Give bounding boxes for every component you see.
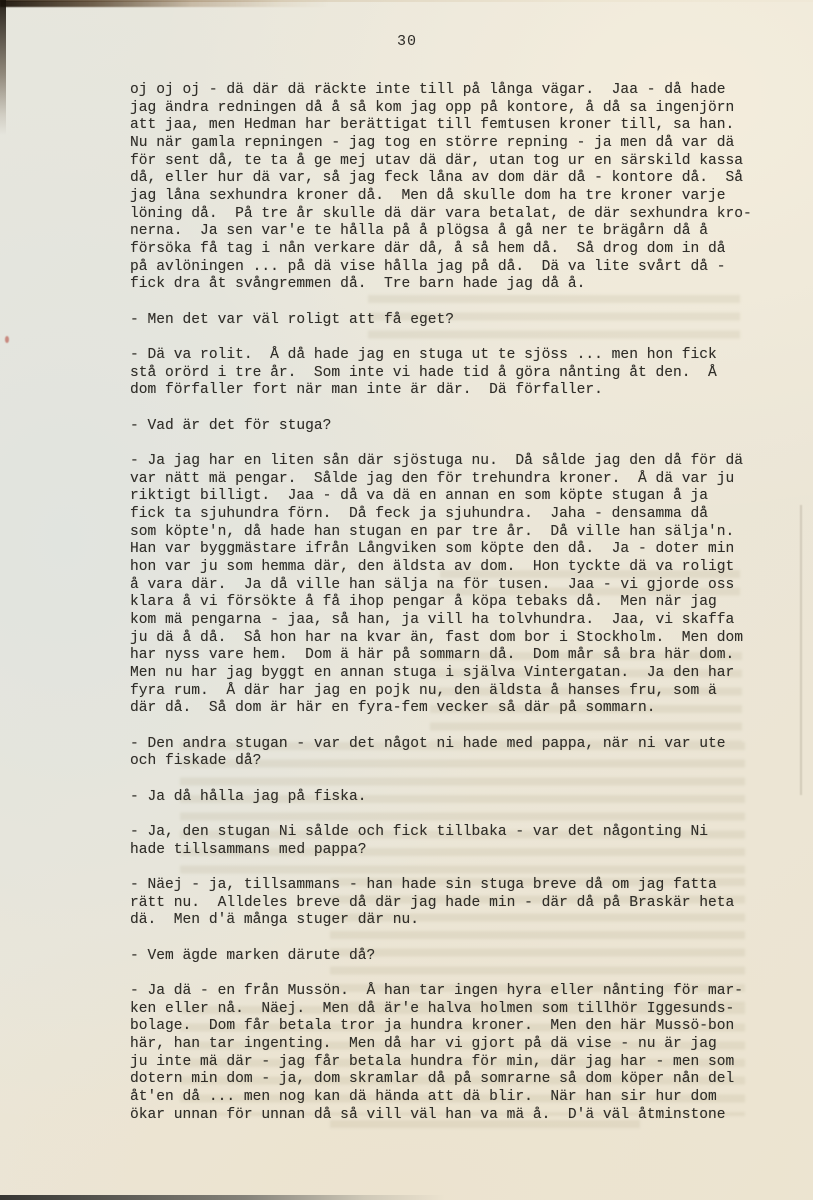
paper-crease (800, 505, 802, 795)
interviewee-answer: - Ja dä - en från Mussön. Å han tar inge… (130, 983, 762, 1124)
interviewee-answer: oj oj oj - dä där dä räckte inte till på… (130, 82, 762, 294)
interviewer-question: - Men det var väl roligt att få eget? (130, 312, 762, 330)
interviewee-answer: - Dä va rolit. Å då hade jag en stuga ut… (130, 347, 762, 400)
interview-transcript: oj oj oj - dä där dä räckte inte till på… (130, 82, 762, 1142)
interviewer-question: - Ja, den stugan Ni sålde och fick tillb… (130, 824, 762, 859)
interviewee-answer: - Ja då hålla jag på fiska. (130, 789, 762, 807)
paper-speck (5, 336, 9, 343)
scan-edge-top-smudge (0, 0, 330, 7)
scanned-page: 30 oj oj oj - dä där dä räckte inte till… (0, 0, 813, 1200)
interviewee-answer: - Ja jag har en liten sån där sjöstuga n… (130, 453, 762, 718)
scan-edge-bottom (0, 1195, 445, 1200)
scan-edge-left (0, 0, 6, 135)
interviewer-question: - Vem ägde marken därute då? (130, 948, 762, 966)
interviewer-question: - Den andra stugan - var det något ni ha… (130, 736, 762, 771)
interviewee-answer: - Näej - ja, tillsammans - han hade sin … (130, 877, 762, 930)
page-number: 30 (397, 33, 417, 50)
interviewer-question: - Vad är det för stuga? (130, 418, 762, 436)
